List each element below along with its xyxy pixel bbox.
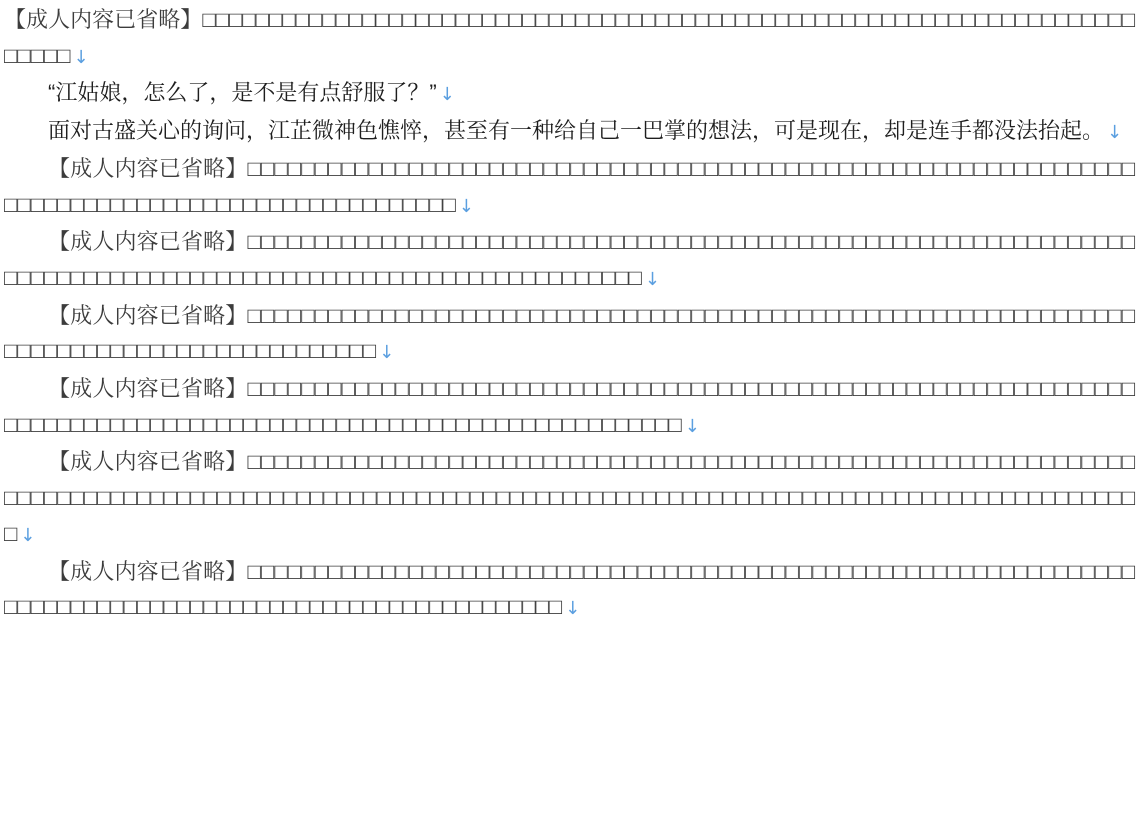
soft-return-icon: ↓ [1107, 122, 1122, 143]
soft-return-icon: ↓ [440, 84, 455, 105]
paragraph-text: 【成人内容已省略】□□□□□□□□□□□□□□□□□□□□□□□□□□□□□□□… [4, 156, 1135, 217]
paragraph: 【成人内容已省略】□□□□□□□□□□□□□□□□□□□□□□□□□□□□□□□… [4, 298, 1135, 371]
paragraph-text: 【成人内容已省略】□□□□□□□□□□□□□□□□□□□□□□□□□□□□□□□… [4, 376, 1135, 437]
paragraph: 面对古盛关心的询问，江芷微神色憔悴，甚至有一种给自己一巴掌的想法，可是现在，却是… [4, 113, 1135, 151]
paragraph: 【成人内容已省略】□□□□□□□□□□□□□□□□□□□□□□□□□□□□□□□… [4, 224, 1135, 297]
paragraph: 【成人内容已省略】□□□□□□□□□□□□□□□□□□□□□□□□□□□□□□□… [4, 151, 1135, 224]
paragraph: 【成人内容已省略】□□□□□□□□□□□□□□□□□□□□□□□□□□□□□□□… [4, 444, 1135, 553]
soft-return-icon: ↓ [685, 416, 700, 437]
soft-return-icon: ↓ [379, 342, 394, 363]
paragraph-text: 【成人内容已省略】□□□□□□□□□□□□□□□□□□□□□□□□□□□□□□□… [4, 303, 1135, 364]
paragraph: 【成人内容已省略】□□□□□□□□□□□□□□□□□□□□□□□□□□□□□□□… [4, 371, 1135, 444]
paragraph: “江姑娘，怎么了，是不是有点舒服了？”↓ [4, 75, 1135, 113]
paragraph: 【成人内容已省略】□□□□□□□□□□□□□□□□□□□□□□□□□□□□□□□… [4, 554, 1135, 627]
paragraph-text: 【成人内容已省略】□□□□□□□□□□□□□□□□□□□□□□□□□□□□□□□… [4, 229, 1135, 290]
paragraph-text: 【成人内容已省略】□□□□□□□□□□□□□□□□□□□□□□□□□□□□□□□… [4, 449, 1135, 545]
soft-return-icon: ↓ [645, 269, 660, 290]
document-page: 【成人内容已省略】□□□□□□□□□□□□□□□□□□□□□□□□□□□□□□□… [0, 0, 1139, 822]
soft-return-icon: ↓ [565, 598, 580, 619]
paragraph: 【成人内容已省略】□□□□□□□□□□□□□□□□□□□□□□□□□□□□□□□… [4, 2, 1135, 75]
soft-return-icon: ↓ [20, 525, 35, 546]
soft-return-icon: ↓ [459, 196, 474, 217]
paragraph-text: 【成人内容已省略】□□□□□□□□□□□□□□□□□□□□□□□□□□□□□□□… [4, 7, 1135, 68]
paragraph-text: “江姑娘，怎么了，是不是有点舒服了？” [48, 80, 437, 105]
soft-return-icon: ↓ [73, 47, 88, 68]
paragraph-list: 【成人内容已省略】□□□□□□□□□□□□□□□□□□□□□□□□□□□□□□□… [4, 2, 1135, 627]
paragraph-text: 面对古盛关心的询问，江芷微神色憔悴，甚至有一种给自己一巴掌的想法，可是现在，却是… [48, 118, 1104, 143]
